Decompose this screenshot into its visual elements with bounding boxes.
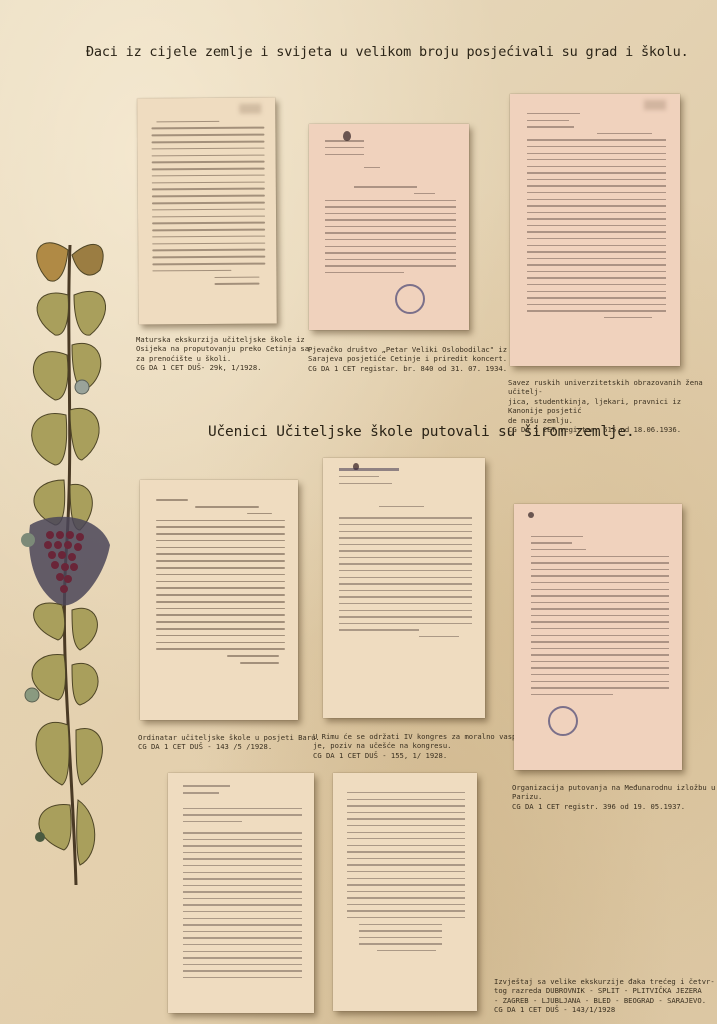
document-handwritten-letter — [140, 480, 298, 720]
caption-doc3: Savez ruskih univerzitetskih obrazovanih… — [508, 378, 717, 434]
document-typed-letter — [510, 94, 680, 366]
caption-doc6: Organizacija putovanja na Međunarodnu iz… — [512, 783, 715, 811]
caption-doc7: Izvještaj sa velike ekskurzije đaka treć… — [494, 977, 715, 1015]
document-handwritten-letter — [137, 98, 277, 325]
section-heading-top: Đaci iz cijele zemlje i svijeta u veliko… — [86, 44, 689, 60]
document-report-page-2 — [333, 773, 477, 1011]
document-report-page-1 — [168, 773, 314, 1013]
caption-doc5: U Rimu će se održati IV kongres za moral… — [313, 732, 538, 760]
document-typed-letter-stamp — [514, 504, 682, 770]
document-typed-letterhead — [323, 458, 485, 718]
caption-doc1: Maturska ekskurzija učiteljske škole iz … — [136, 335, 309, 373]
caption-doc4: Ordinatar učiteljske škole u posjeti Bar… — [138, 733, 320, 752]
botanical-branch-icon — [0, 225, 130, 895]
document-typed-letter-crest — [309, 124, 469, 330]
caption-doc2: Pjevačko društvo „Petar Veliki Oslobodil… — [308, 345, 533, 373]
